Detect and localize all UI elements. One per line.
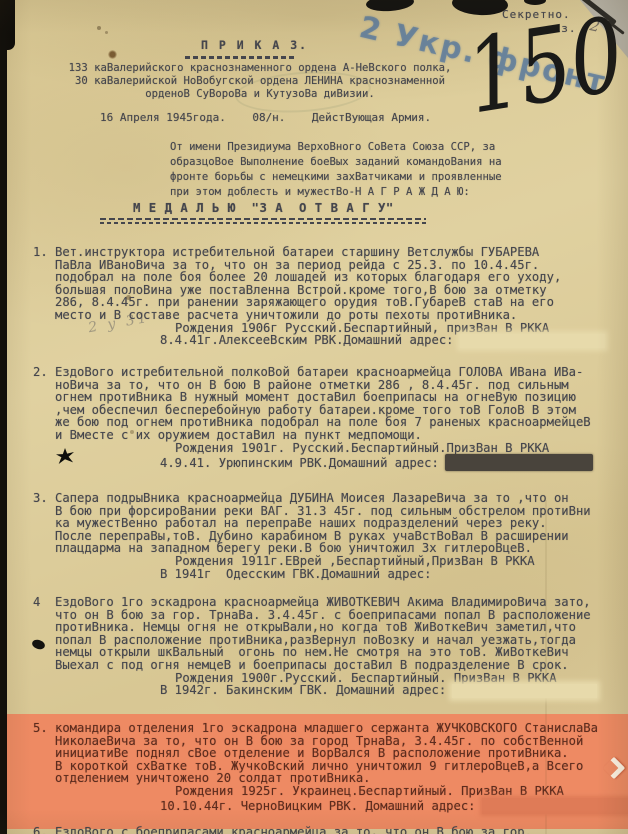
entry-body: Вет.инструктора истребительной батареи с… <box>55 246 625 348</box>
preamble-line: при этом доблесть и мужестВо-Н А Г Р А Ж… <box>170 185 502 200</box>
entry-vitals-line: Рождения 1901г. Русский.Беспартийный.При… <box>175 442 625 455</box>
entry-number: 4 <box>33 596 40 609</box>
scanned-order-page: 2 Укр. фронт 150 2 у 31 Секретно. экз. 2… <box>0 0 628 834</box>
address-redaction <box>452 684 597 698</box>
entry-body-line: ЕздоВого истребительной полкоВой батареи… <box>55 366 625 379</box>
paper-stain <box>126 295 131 300</box>
entry-body-line: место и В составе расчета уничтожили до … <box>55 309 625 322</box>
entry-body: ЕздоВого истребительной полкоВой батареи… <box>55 366 625 471</box>
entry-body-line: протиВника. Немцы огня не открыВали,но к… <box>55 621 625 634</box>
address-redaction <box>445 454 593 471</box>
date-line: 16 Апреля 1945года. 08/н. ДейстВующая Ар… <box>100 111 431 124</box>
entry-vitals-line: В 1942г. Бакинским ГВК. Домашний адрес: <box>160 684 625 698</box>
entry-body-line: Сапера подрыВника красноармейца ДУБИНА М… <box>55 492 625 505</box>
award-entry: 3.Сапера подрыВника красноармейца ДУБИНА… <box>33 492 625 580</box>
paper-stain <box>130 430 134 434</box>
entry-body: командира отделения 1го эскадрона младше… <box>55 722 625 814</box>
award-heading: М Е Д А Л Ь Ю "З А О Т В А Г У" <box>133 201 394 215</box>
entry-number: 6. <box>33 826 48 834</box>
preamble: От имени Президиума ВерхоВного СоВета Со… <box>170 140 502 200</box>
entry-vitals-line: Рождения 1925г. Украинец.Беспартийный. П… <box>175 785 625 798</box>
unit-designation: 133 каВалерийского краснознаменного орде… <box>53 62 467 102</box>
award-entry: 2.ЕздоВого истребительной полкоВой батар… <box>33 366 625 471</box>
award-entry: 5.командира отделения 1го эскадрона млад… <box>33 722 625 814</box>
unit-line: 133 каВалерийского краснознаменного орде… <box>53 62 467 75</box>
entry-body: ЕздоВого 1го эскадрона красноармейца ЖИВ… <box>55 596 625 698</box>
paper-stain <box>97 26 101 30</box>
preamble-line: фронте борьбы с немецкими захВатчиками и… <box>170 170 502 185</box>
unit-line: орденоВ СуВороВа и КутузоВа диВизии. <box>53 88 467 101</box>
entry-vitals-line: 10.10.44г. ЧерноВицким РВК. Домашний адр… <box>160 798 625 814</box>
entry-body-line: подобрал на поле боя более 20 лошадей из… <box>55 271 625 284</box>
page-title: П Р И К А З. <box>201 38 308 52</box>
award-entry-partial: 6. ЕздоВого с боеприпасами красноармейца… <box>33 826 625 834</box>
paper-stain <box>105 31 108 34</box>
address-redaction <box>460 334 605 348</box>
entry-vitals-line: 4.9.41. Урюпинским РВК.Домашний адрес: <box>160 454 625 471</box>
paper-stain <box>108 50 117 59</box>
entry-body-line: Вет.инструктора истребительной батареи с… <box>55 246 625 259</box>
address-redaction <box>482 798 628 814</box>
entry-number: 5. <box>33 722 48 735</box>
entry-vitals-line: 8.4.41г.АлексееВским РВК.Домашний адрес: <box>160 334 625 348</box>
award-entry: 1.Вет.инструктора истребительной батареи… <box>33 246 625 348</box>
entry-body-line: огнем протиВника В нужный момент достаВи… <box>55 391 625 404</box>
entry-number: 2. <box>33 366 48 379</box>
entry-vitals-line: Рождения 1911г.ЕВрей ,Беспартийный,ПризВ… <box>175 555 625 568</box>
handwritten-number: 150 <box>460 4 628 129</box>
preamble-line: образцоВое Выполнение боеВых заданий ком… <box>170 155 502 170</box>
entry-body-line: командира отделения 1го эскадрона младше… <box>55 722 625 735</box>
entry-number: 3. <box>33 492 48 505</box>
entry-body-line: и Вместе с их оружием достаВил на пункт … <box>55 429 625 442</box>
entry-body-line: ЕздоВого 1го эскадрона красноармейца ЖИВ… <box>55 596 625 609</box>
unit-line: 30 каВалерийской НоВобугской ордена ЛЕНИ… <box>53 75 467 88</box>
entry-body-line: Выехал с под огня немцеВ и боеприпасы до… <box>55 659 625 672</box>
title-underline <box>185 56 295 59</box>
entry-body-line: ка мужестВенно работал на перепраВе наши… <box>55 517 625 530</box>
award-entry: 4ЕздоВого 1го эскадрона красноармейца ЖИ… <box>33 596 625 698</box>
entry-body-line: ЕздоВого с боеприпасами красноармейца за… <box>55 826 625 834</box>
entry-body-line: инициатиВе поднял сВое отделение и ВорВа… <box>55 747 625 760</box>
entry-body: Сапера подрыВника красноармейца ДУБИНА М… <box>55 492 625 580</box>
preamble-line: От имени Президиума ВерхоВного СоВета Со… <box>170 140 502 155</box>
entry-number: 1. <box>33 246 48 259</box>
award-underline <box>100 218 426 224</box>
entry-vitals-line: В 1941г Одесским ГВК.Домашний адрес: <box>160 568 625 581</box>
